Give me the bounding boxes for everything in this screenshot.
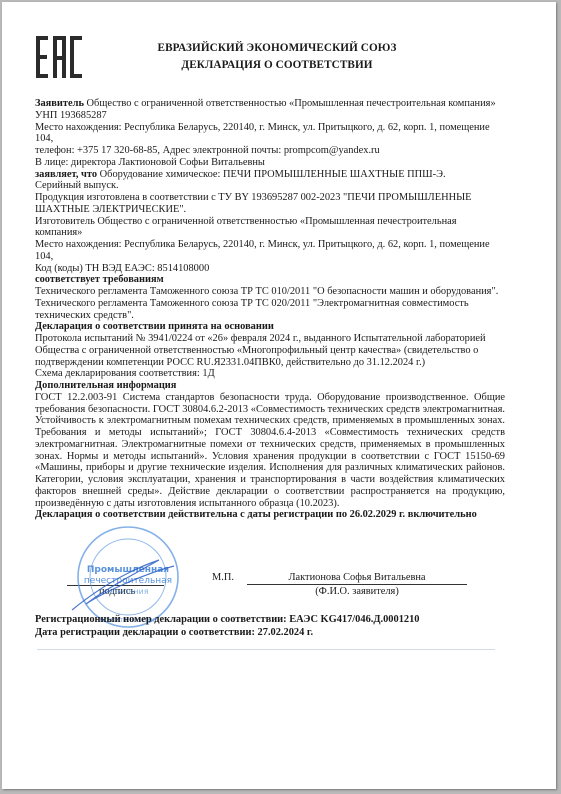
header-declaration-title: ДЕКЛАРАЦИЯ О СООТВЕТСТВИИ — [132, 57, 422, 74]
declares-label: заявляет, что — [35, 169, 97, 180]
declaration-body: Заявитель Общество с ограниченной ответс… — [35, 98, 505, 521]
requirements-text: Технического регламента Таможенного союз… — [35, 286, 505, 321]
manufacturer: Изготовитель Общество с ограниченной отв… — [35, 216, 505, 240]
additional-info-heading: Дополнительная информация — [35, 380, 505, 392]
applicant-text: Общество с ограниченной ответственностью… — [35, 98, 496, 121]
additional-info-text: ГОСТ 12.2.003-91 Система стандартов безо… — [35, 392, 505, 510]
basis-heading: Декларация о соответствии принята на осн… — [35, 321, 505, 333]
name-line — [247, 584, 467, 585]
document-page: ЕВРАЗИЙСКИЙ ЭКОНОМИЧЕСКИЙ СОЮЗ ДЕКЛАРАЦИ… — [2, 2, 556, 789]
applicant-line: Заявитель Общество с ограниченной ответс… — [35, 98, 505, 122]
stamp-place-label: М.П. — [212, 572, 234, 583]
applicant-represented-by: В лице: директора Лактионовой Софьи Вита… — [35, 157, 505, 169]
signature-label: подпись — [99, 586, 135, 597]
signature-block: подпись М.П. Лактионова Софья Витальевна… — [35, 565, 515, 615]
registration-number: Регистрационный номер декларации о соотв… — [35, 614, 419, 627]
declares-text: Оборудование химическое: ПЕЧИ ПРОМЫШЛЕНН… — [97, 169, 445, 180]
production-standard: Продукция изготовлена в соответствии с Т… — [35, 192, 505, 216]
registration-date: Дата регистрации декларации о соответств… — [35, 627, 419, 640]
serial-production: Серийный выпуск. — [35, 180, 505, 192]
applicant-address: Место нахождения: Республика Беларусь, 2… — [35, 122, 505, 146]
requirements-heading: соответствует требованиям — [35, 274, 505, 286]
applicant-name: Лактионова Софья Витальевна — [247, 572, 467, 583]
declares-line: заявляет, что Оборудование химическое: П… — [35, 169, 505, 181]
declaration-scheme: Схема декларирования соответствия: 1Д — [35, 368, 505, 380]
registration-info: Регистрационный номер декларации о соотв… — [35, 614, 419, 639]
bottom-divider — [37, 649, 495, 650]
manufacturer-address: Место нахождения: Республика Беларусь, 2… — [35, 239, 505, 263]
header-union-title: ЕВРАЗИЙСКИЙ ЭКОНОМИЧЕСКИЙ СОЮЗ — [132, 40, 422, 57]
applicant-label: Заявитель — [35, 98, 84, 109]
eac-mark-icon — [36, 36, 86, 78]
basis-text: Протокола испытаний № 3941/0224 от «26» … — [35, 333, 505, 368]
applicant-contacts: телефон: +375 17 320-68-85, Адрес электр… — [35, 145, 505, 157]
applicant-name-label: (Ф.И.О. заявителя) — [247, 586, 467, 597]
tn-ved-code: Код (коды) ТН ВЭД ЕАЭС: 8514108000 — [35, 263, 505, 275]
document-header: ЕВРАЗИЙСКИЙ ЭКОНОМИЧЕСКИЙ СОЮЗ ДЕКЛАРАЦИ… — [132, 40, 422, 74]
validity-statement: Декларация о соответствии действительна … — [35, 509, 505, 521]
